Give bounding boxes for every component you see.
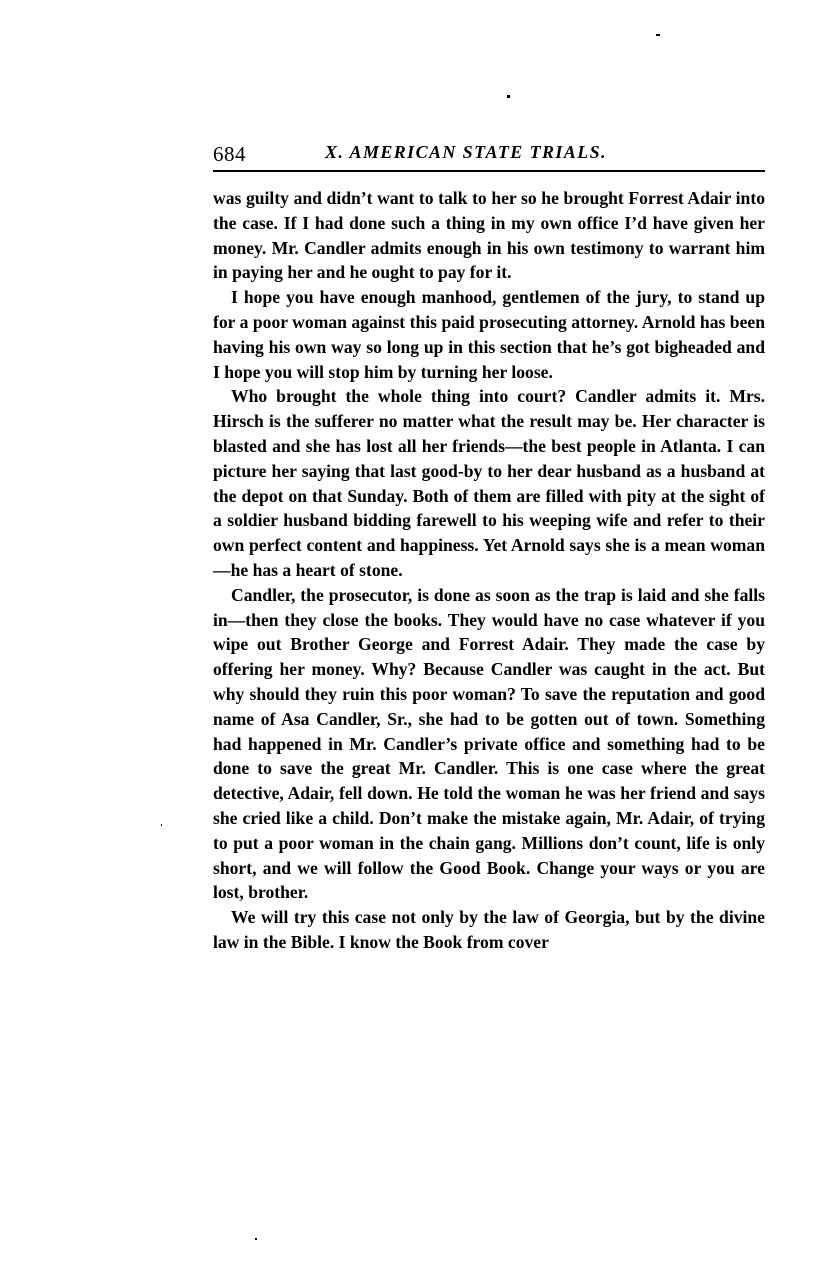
body-text: was guilty and didn’t want to talk to he… <box>213 186 765 955</box>
scan-speck-top-right <box>656 34 660 36</box>
paragraph-continued: was guilty and didn’t want to talk to he… <box>213 186 765 285</box>
running-head: 684 X. AMERICAN STATE TRIALS. <box>213 138 765 168</box>
scan-speck-bottom <box>255 1238 257 1240</box>
running-title: X. AMERICAN STATE TRIALS. <box>325 142 607 163</box>
paragraph: Who brought the whole thing into court? … <box>213 384 765 582</box>
paragraph: Candler, the prosecutor, is done as soon… <box>213 583 765 905</box>
paragraph: I hope you have enough manhood, gentleme… <box>213 285 765 384</box>
paragraph: We will try this case not only by the la… <box>213 905 765 955</box>
page-number: 684 <box>213 142 246 167</box>
header-rule <box>213 170 765 172</box>
scan-speck-left-margin <box>161 824 162 826</box>
scan-speck-top <box>507 95 510 98</box>
book-page: 684 X. AMERICAN STATE TRIALS. was guilty… <box>213 138 765 168</box>
